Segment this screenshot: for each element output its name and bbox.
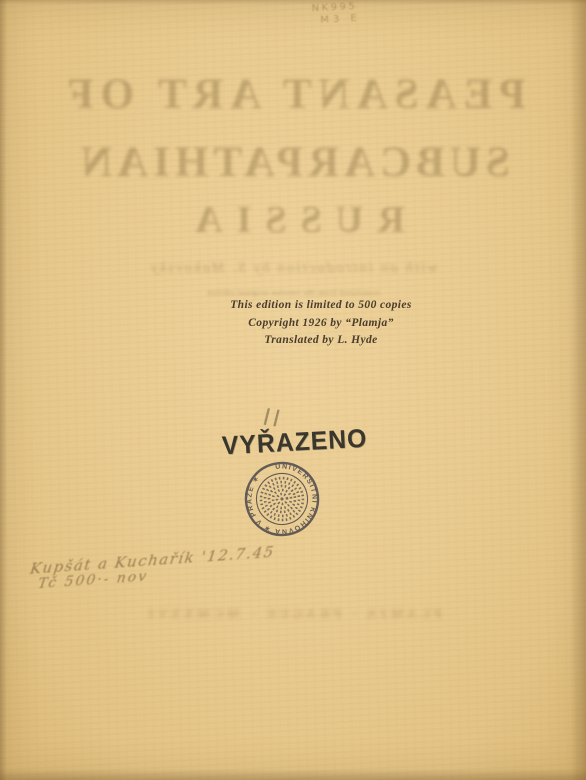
ghost-title-line-1: PEASANT ART OF	[0, 70, 586, 119]
scanned-page: PEASANT ART OF SUBCARPATHIAN RUSSIA with…	[0, 0, 586, 780]
scan-edge-shadow	[0, 0, 586, 780]
ghost-small-line: translated from the russian original edi…	[0, 289, 586, 297]
ghost-subtitle-line: with an introduction by S. Makovsky	[0, 260, 586, 277]
limitation-line-1: This edition is limited to 500 copies	[28, 297, 586, 315]
limitation-line-3: Translated by L. Hyde	[28, 332, 586, 350]
limitation-statement: This edition is limited to 500 copies Co…	[28, 297, 586, 350]
pencil-shelfmark: NK995 M3 E	[311, 1, 361, 28]
ghost-imprint-line: PLAMJA · PRAGUE · MCMXXVI	[0, 606, 586, 622]
limitation-line-2: Copyright 1926 by “Plamja”	[28, 315, 586, 333]
ghost-title-line-3: RUSSIA	[0, 198, 586, 242]
handwritten-note-line-1: Kupšát a Kuchařík '12.7.45	[29, 542, 276, 577]
paper-texture	[0, 0, 586, 780]
library-stamp-icon: UNIVERSITNÍ KNIHOVNA ✶ V PRAZE ✶	[235, 452, 330, 547]
pencil-shelfmark-line-2: M3 E	[320, 13, 361, 27]
ghost-title-line-2: SUBCARPATHIAN	[0, 138, 586, 187]
